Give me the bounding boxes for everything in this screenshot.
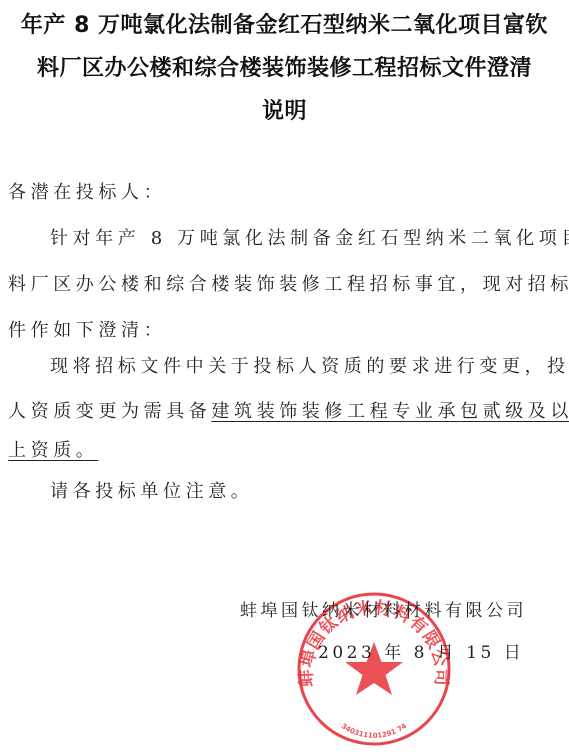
title-line-1: 年产 8 万吨氯化法制备金红石型纳米二氧化项目富钦 (0, 8, 569, 39)
para2-line3: 上资质。 (8, 436, 98, 462)
signature-company: 蚌埠国钛纳米材料材料有限公司 (240, 596, 527, 621)
para1-line1: 针对年产 8 万吨氯化法制备金红石型纳米二氧化项目富 (50, 224, 569, 250)
salutation: 各潜在投标人： (8, 178, 166, 204)
para2-line2-plain: 人资质变更为需具备 (8, 401, 211, 422)
para1-line2: 料厂区办公楼和综合楼装饰装修工程招标事宜，现对招标文 (8, 270, 569, 296)
para2-line1: 现将招标文件中关于投标人资质的要求进行变更，投标 (50, 352, 569, 378)
signature-date: 2023 年 8 月 15 日 (318, 638, 524, 663)
title-line-3: 说明 (0, 94, 569, 125)
title-line-2: 料厂区办公楼和综合楼装饰装修工程招标文件澄清 (0, 51, 569, 82)
svg-text:340311101291 74: 340311101291 74 (340, 722, 409, 740)
para2-line2: 人资质变更为需具备建筑装饰装修工程专业承包贰级及以 (8, 397, 569, 423)
para2-underlined-requirement: 建筑装饰装修工程专业承包贰级及以 (211, 401, 569, 422)
para3: 请各投标单位注意。 (50, 477, 253, 503)
para1-line3: 件作如下澄清： (8, 316, 166, 342)
